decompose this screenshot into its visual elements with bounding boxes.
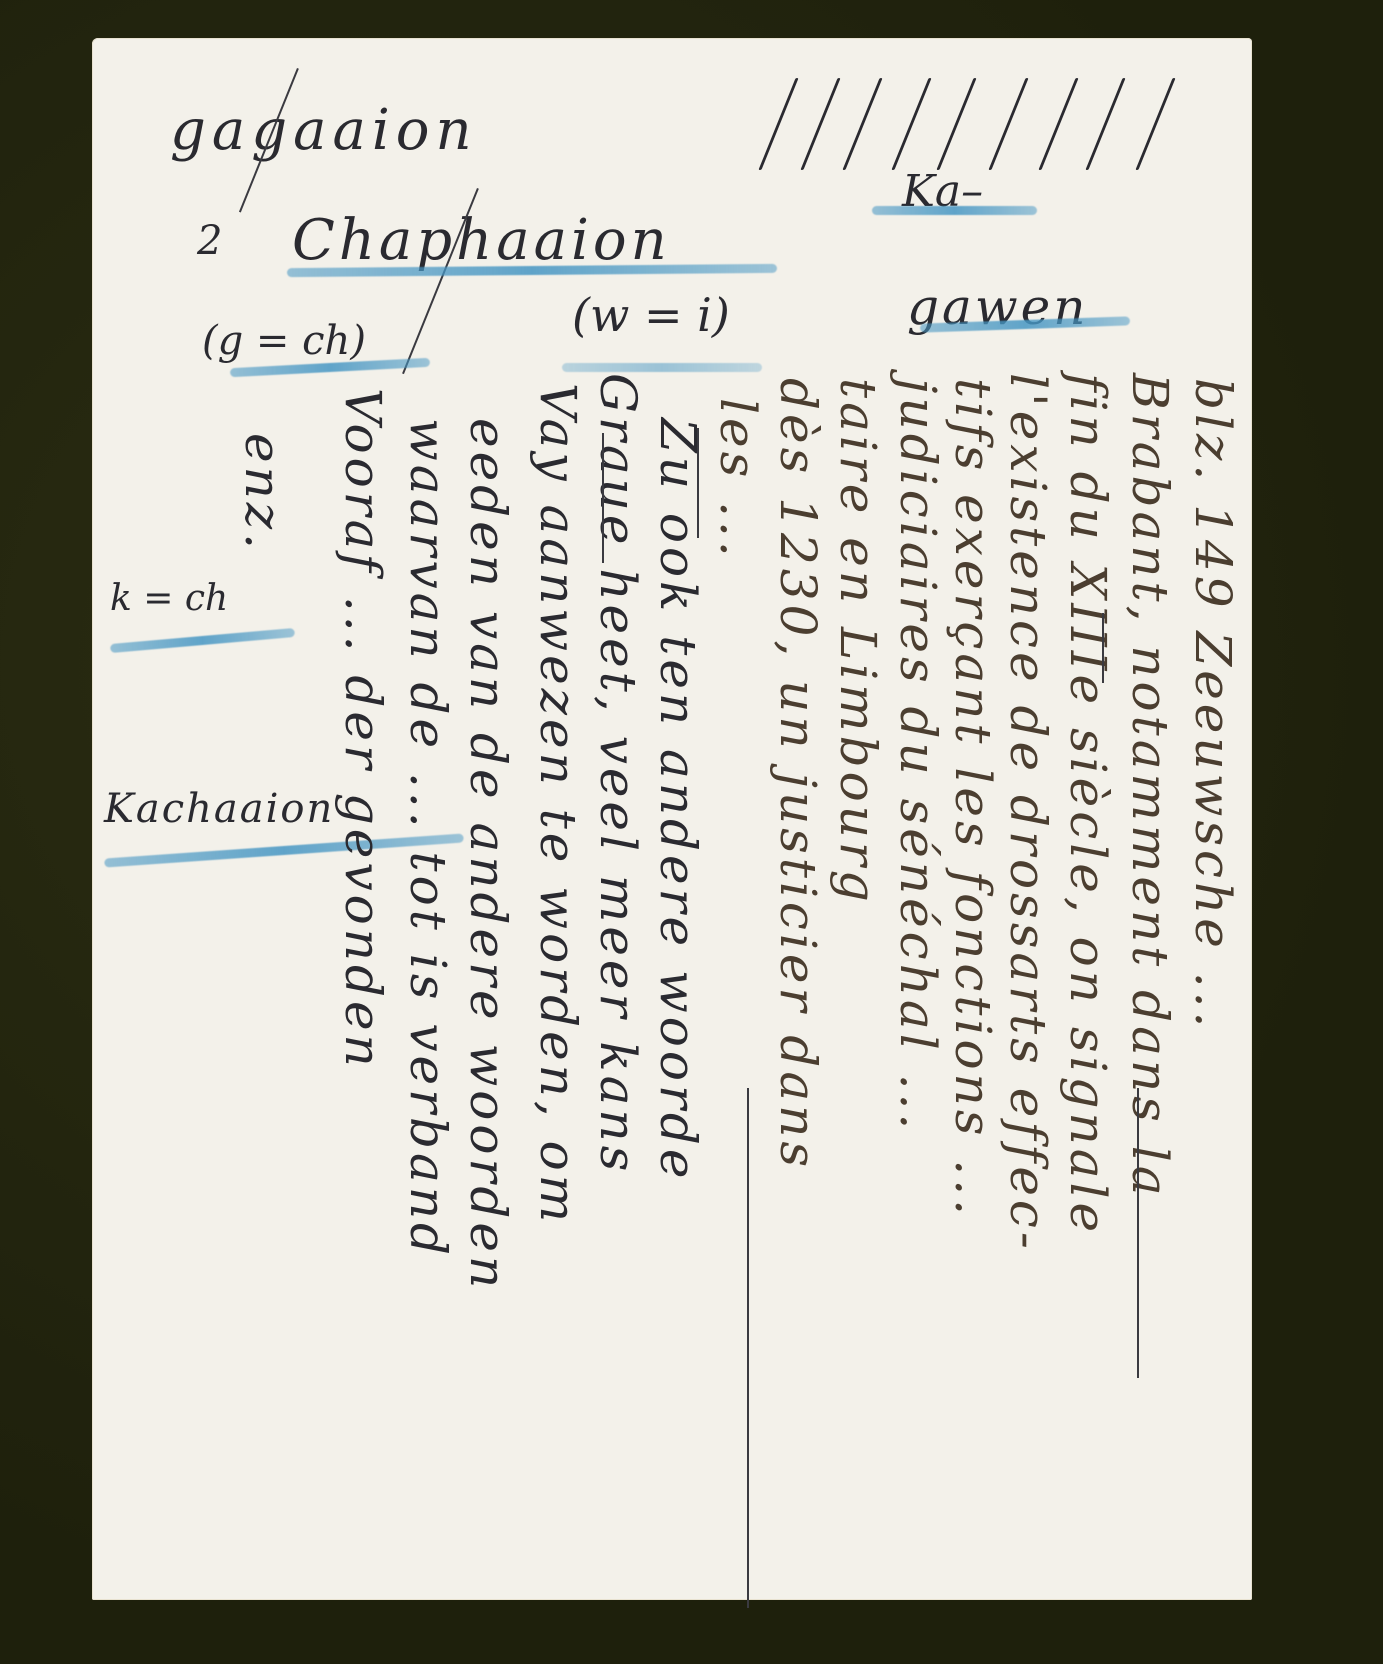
underline-stroke <box>697 428 699 538</box>
blue-underline <box>872 206 1037 215</box>
heading-gagaaion: gagaaion <box>170 98 478 163</box>
tally-mark <box>842 78 882 170</box>
manuscript-page: gagaaion 2 Chaphaaion (g = ch) (w = i) K… <box>92 38 1252 1600</box>
body-line: Vooraf ... der gevonden <box>334 388 392 1071</box>
note-w-equals-i: (w = i) <box>572 288 730 342</box>
tally-mark <box>988 78 1028 170</box>
body-line: blz. 149 Zeeuwsche ... <box>1184 378 1242 1031</box>
tally-mark <box>758 78 798 170</box>
tally-mark <box>1038 78 1078 170</box>
body-line: judiciaires du sénéchal ... <box>889 378 947 1133</box>
body-line: Vay aanwezen te worden, om <box>529 383 587 1226</box>
body-line: Graue heet, veel meer kans <box>589 373 647 1175</box>
blue-underline <box>110 628 295 653</box>
underline-stroke <box>1102 613 1104 683</box>
body-line: fin du XIIIe siècle, on signale <box>1059 373 1117 1236</box>
note-k-equals-ch: k = ch <box>110 578 228 619</box>
underline-stroke <box>602 433 604 563</box>
tally-mark <box>891 78 931 170</box>
body-line: taire en Limbourg <box>829 378 887 906</box>
body-line: tifs exerçant les fonctions ... <box>944 378 1002 1219</box>
body-line: eeden van de andere woorden <box>459 418 517 1292</box>
tally-mark <box>1085 78 1125 170</box>
underline-stroke <box>1137 1088 1139 1378</box>
body-line: l'existence de drossarts effec- <box>999 373 1057 1253</box>
note-kachaaion: Kachaaion <box>104 786 334 832</box>
underline-stroke <box>747 1088 749 1608</box>
body-line: Brabant, notamment dans la <box>1121 373 1179 1200</box>
body-line: waarvan de ... tot is verband <box>399 418 457 1259</box>
heading-chaphaaion: Chaphaaion <box>292 208 671 273</box>
tally-mark <box>1135 78 1175 170</box>
body-line: les ... <box>709 398 767 561</box>
number-2: 2 <box>197 218 222 264</box>
tally-mark <box>800 78 840 170</box>
body-line: dès 1230, un justicier dans <box>769 378 827 1171</box>
body-line: enz. <box>234 433 292 553</box>
blue-underline <box>562 363 762 372</box>
note-g-equals-ch: (g = ch) <box>202 318 366 364</box>
tally-mark <box>936 78 976 170</box>
